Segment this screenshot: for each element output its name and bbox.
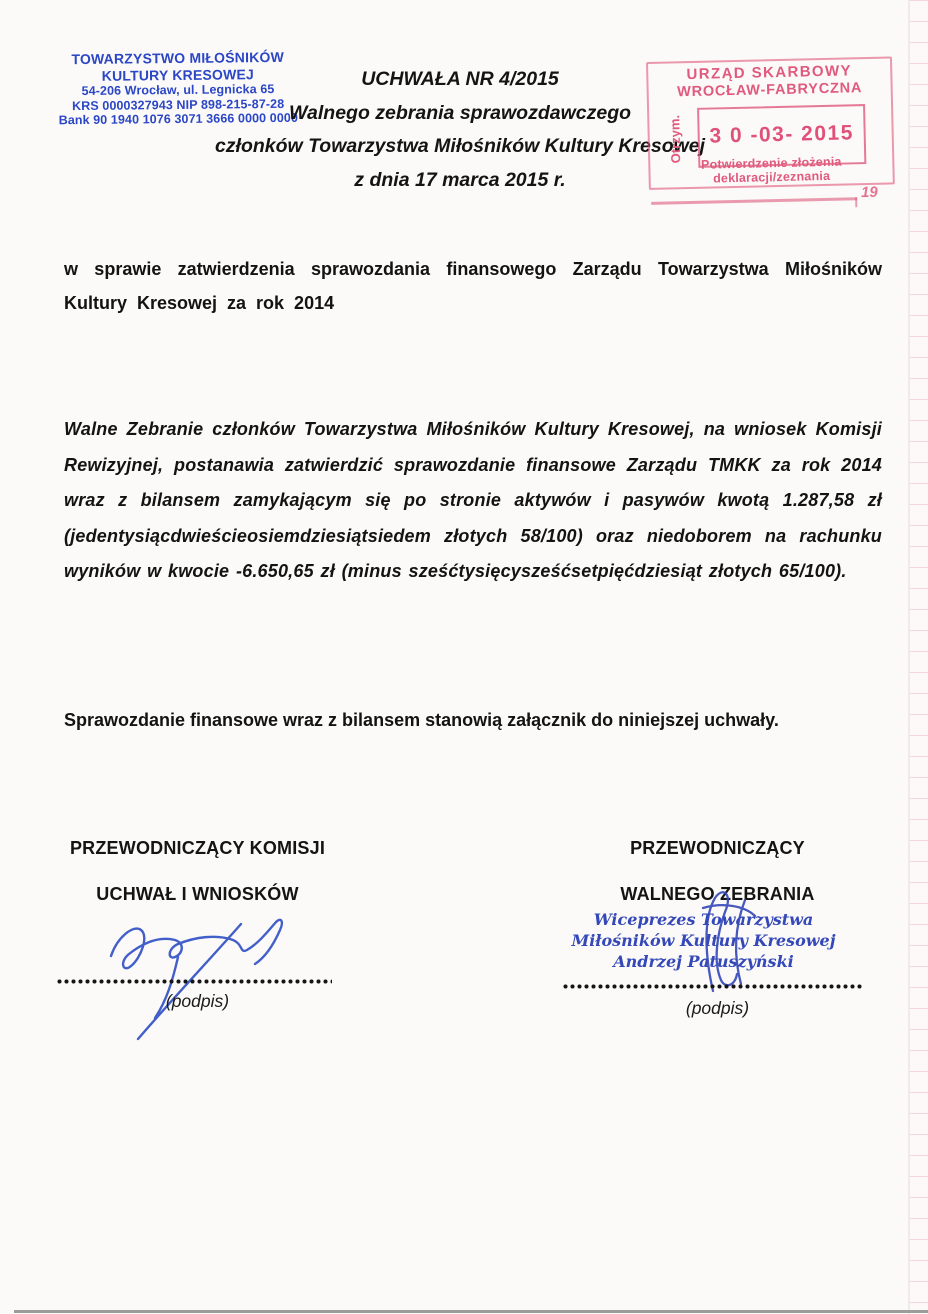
tax-stamp-confirmation: Potwierdzenie złożenia deklaracji/zeznan… <box>648 153 895 187</box>
signature-caption-left: (podpis) <box>55 991 340 1012</box>
signature-line-right <box>563 984 863 989</box>
attachment-note: Sprawozdanie finansowe wraz z bilansem s… <box>64 710 914 731</box>
signature-left-title-line1: PRZEWODNICZĄCY KOMISJI <box>55 838 340 859</box>
underlying-grid-paper-edge <box>908 0 928 1314</box>
tax-stamp-received-label: Otrzym. <box>667 115 683 164</box>
signature-block-right: PRZEWODNICZĄCY WALNEGO ZEBRANIA Wiceprez… <box>555 838 880 1038</box>
tax-stamp-number: 19 <box>861 184 878 201</box>
tax-stamp-date: 3 0 -03- 2015 <box>699 121 864 149</box>
signature-block-left: PRZEWODNICZĄCY KOMISJI UCHWAŁ I WNIOSKÓW… <box>55 838 340 1033</box>
signature-caption-right: (podpis) <box>555 998 880 1019</box>
scan-edge-bottom <box>14 1310 928 1313</box>
tax-stamp-form-line <box>651 197 857 204</box>
signature-line-left <box>57 979 332 984</box>
body-paragraph: Walne Zebranie członków Towarzystwa Miło… <box>64 412 882 590</box>
scanned-document-page: TOWARZYSTWO MIŁOŚNIKÓW KULTURY KRESOWEJ … <box>0 0 928 1314</box>
tax-office-stamp: URZĄD SKARBOWY WROCŁAW-FABRYCZNA Otrzym.… <box>646 56 895 190</box>
subject-paragraph: w sprawie zatwierdzenia sprawozdania fin… <box>64 252 882 320</box>
signature-right-title-line1: PRZEWODNICZĄCY <box>555 838 880 859</box>
handwritten-signature-left <box>83 894 333 1044</box>
